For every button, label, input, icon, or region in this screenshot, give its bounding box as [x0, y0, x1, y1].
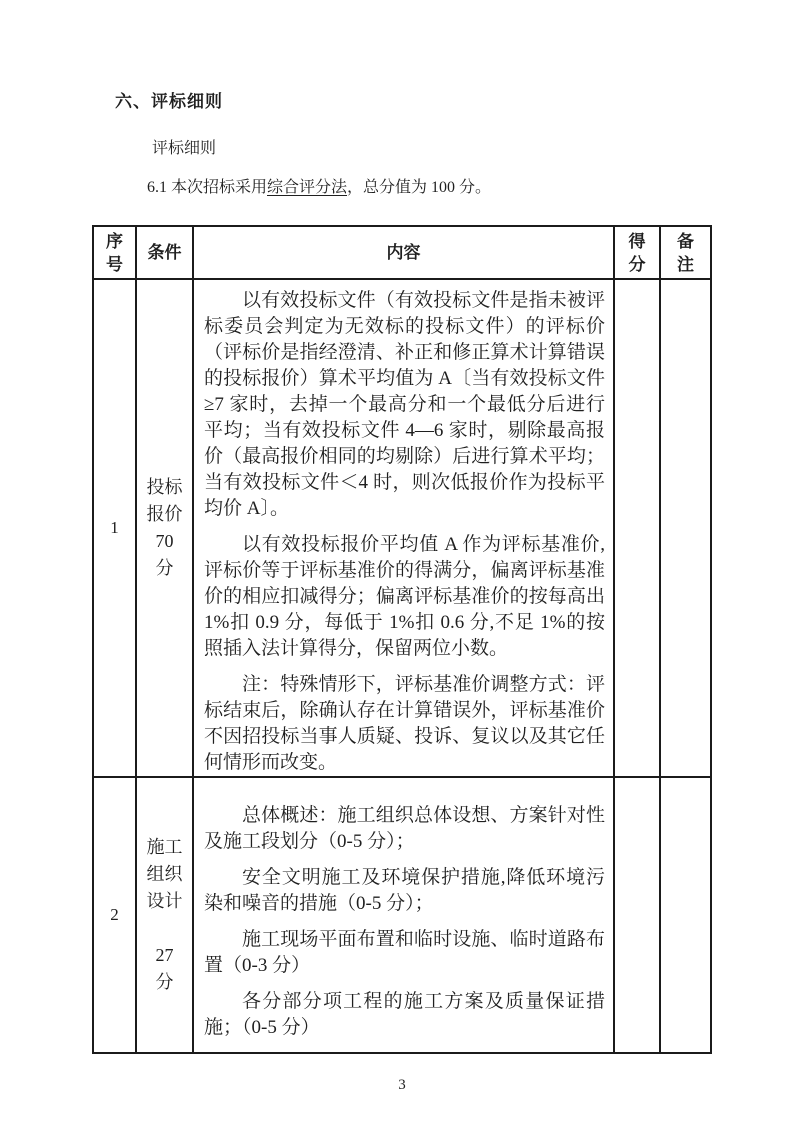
content-paragraph: 施工现场平面布置和临时设施、临时道路布置（0-3 分） [204, 927, 605, 979]
condition-line: 组织 [137, 861, 192, 888]
section-heading: 六、评标细则 [115, 90, 712, 114]
intro-underlined-term: 综合评分法 [267, 179, 347, 196]
condition-line: 设计 [137, 888, 192, 915]
condition-line: 报价 [137, 501, 192, 528]
page-number: 3 [92, 1076, 712, 1094]
condition-cell: 施工 组织 设计 27 分 [136, 777, 193, 1053]
header-cell-condition: 条件 [136, 226, 193, 279]
condition-line: 分 [137, 969, 192, 996]
content-paragraph: 以有效投标报价平均值 A 作为评标基准价,评标价等于评标基准价的得满分，偏离评标… [204, 532, 605, 662]
score-cell [614, 279, 660, 777]
content-cell: 以有效投标文件（有效投标文件是指未被评标委员会判定为无效标的投标文件）的评标价（… [193, 279, 614, 777]
table-header-row: 序号 条件 内容 得分 备注 [93, 226, 711, 279]
remark-cell [660, 777, 711, 1053]
row-number-cell: 1 [93, 279, 136, 777]
intro-line: 6.1 本次招标采用综合评分法，总分值为 100 分。 [147, 178, 712, 198]
intro-suffix: ，总分值为 100 分。 [347, 179, 491, 196]
content-paragraph: 注：特殊情形下，评标基准价调整方式：评标结束后，除确认存在计算错误外，评标基准价… [204, 672, 605, 776]
condition-line [137, 915, 192, 942]
section-subheading: 评标细则 [152, 140, 712, 158]
content-paragraph: 各分部分项工程的施工方案及质量保证措施；（0-5 分） [204, 989, 605, 1041]
header-cell-score: 得分 [614, 226, 660, 279]
header-cell-remark: 备注 [660, 226, 711, 279]
condition-line: 27 [137, 942, 192, 969]
content-paragraph: 安全文明施工及环境保护措施,降低环境污染和噪音的措施（0-5 分）； [204, 865, 605, 917]
score-cell [614, 777, 660, 1053]
condition-line: 分 [137, 555, 192, 582]
table-row: 2 施工 组织 设计 27 分 总体概述：施工组织总体设想、方案针对性及施工段划… [93, 777, 711, 1053]
table-row: 1 投标 报价 70 分 以有效投标文件（有效投标文件是指未被评标委员会判定为无… [93, 279, 711, 777]
intro-prefix: 6.1 本次招标采用 [147, 179, 267, 196]
content-paragraph: 总体概述：施工组织总体设想、方案针对性及施工段划分（0-5 分）； [204, 803, 605, 855]
condition-line: 投标 [137, 474, 192, 501]
condition-cell: 投标 报价 70 分 [136, 279, 193, 777]
content-cell: 总体概述：施工组织总体设想、方案针对性及施工段划分（0-5 分）； 安全文明施工… [193, 777, 614, 1053]
evaluation-rules-table: 序号 条件 内容 得分 备注 1 投标 报价 70 分 以有效投标文件（有效投标… [92, 225, 712, 1054]
condition-line: 70 [137, 528, 192, 555]
header-cell-no: 序号 [93, 226, 136, 279]
row-number-cell: 2 [93, 777, 136, 1053]
document-page: 六、评标细则 评标细则 6.1 本次招标采用综合评分法，总分值为 100 分。 … [0, 0, 800, 1131]
content-paragraph: 以有效投标文件（有效投标文件是指未被评标委员会判定为无效标的投标文件）的评标价（… [204, 288, 605, 522]
header-cell-content: 内容 [193, 226, 614, 279]
condition-line: 施工 [137, 834, 192, 861]
remark-cell [660, 279, 711, 777]
